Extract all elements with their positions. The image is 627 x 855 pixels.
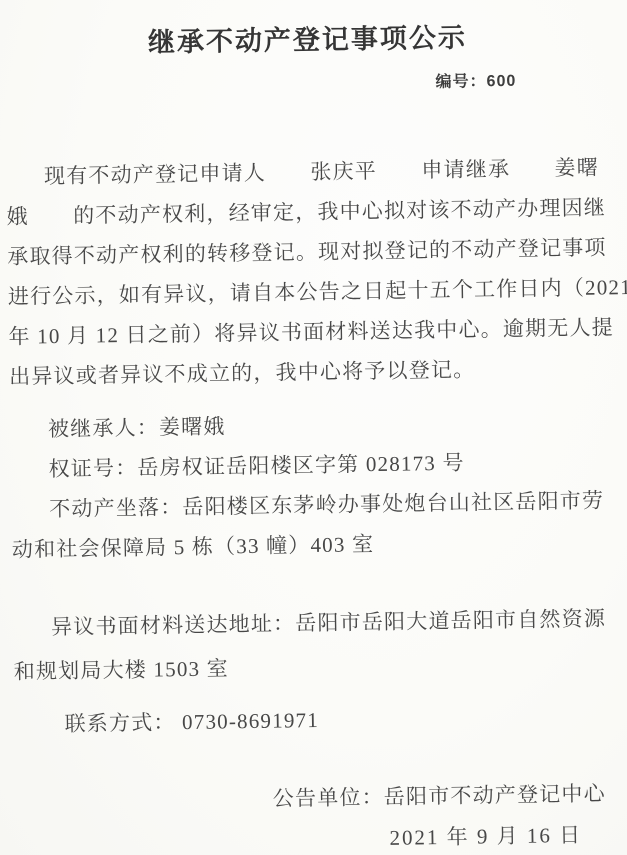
scanned-notice: 继承不动产登记事项公示 编号：600 现有不动产登记申请人 张庆平 申请继承 姜… — [0, 0, 627, 855]
property-location-line: 动和社会保障局 5 栋（33 幢）403 室 — [12, 520, 627, 570]
registration-details: 被继承人：姜曙娥 权证号：岳房权证岳阳楼区字第 028173 号 不动产坐落：岳… — [10, 400, 626, 570]
contact-line: 联系方式： 0730-8691971 — [14, 695, 627, 745]
issuing-unit-line: 公告单位：岳阳市不动产登记中心 — [273, 773, 607, 818]
objection-address-block: 异议书面材料送达地址：岳阳市岳阳大道岳阳市自然资源 和规划局大楼 1503 室 — [13, 596, 627, 694]
doc-number-value: 600 — [486, 73, 516, 90]
document-page: 继承不动产登记事项公示 编号：600 现有不动产登记申请人 张庆平 申请继承 姜… — [0, 0, 627, 855]
contact-block: 联系方式： 0730-8691971 — [14, 695, 627, 745]
doc-number-label: 编号： — [435, 73, 486, 91]
doc-number: 编号：600 — [435, 68, 516, 92]
body-line: 出异议或者异议不成立的，我中心将予以登记。 — [9, 347, 624, 397]
notice-body-paragraph: 现有不动产登记申请人 张庆平 申请继承 姜曙 娥 的不动产权利，经审定，我中心拟… — [6, 147, 624, 397]
issue-date-line: 2021 年 9 月 16 日 — [389, 815, 582, 855]
objection-address-line: 和规划局大楼 1503 室 — [13, 640, 627, 694]
notice-title: 继承不动产登记事项公示 — [0, 13, 621, 62]
